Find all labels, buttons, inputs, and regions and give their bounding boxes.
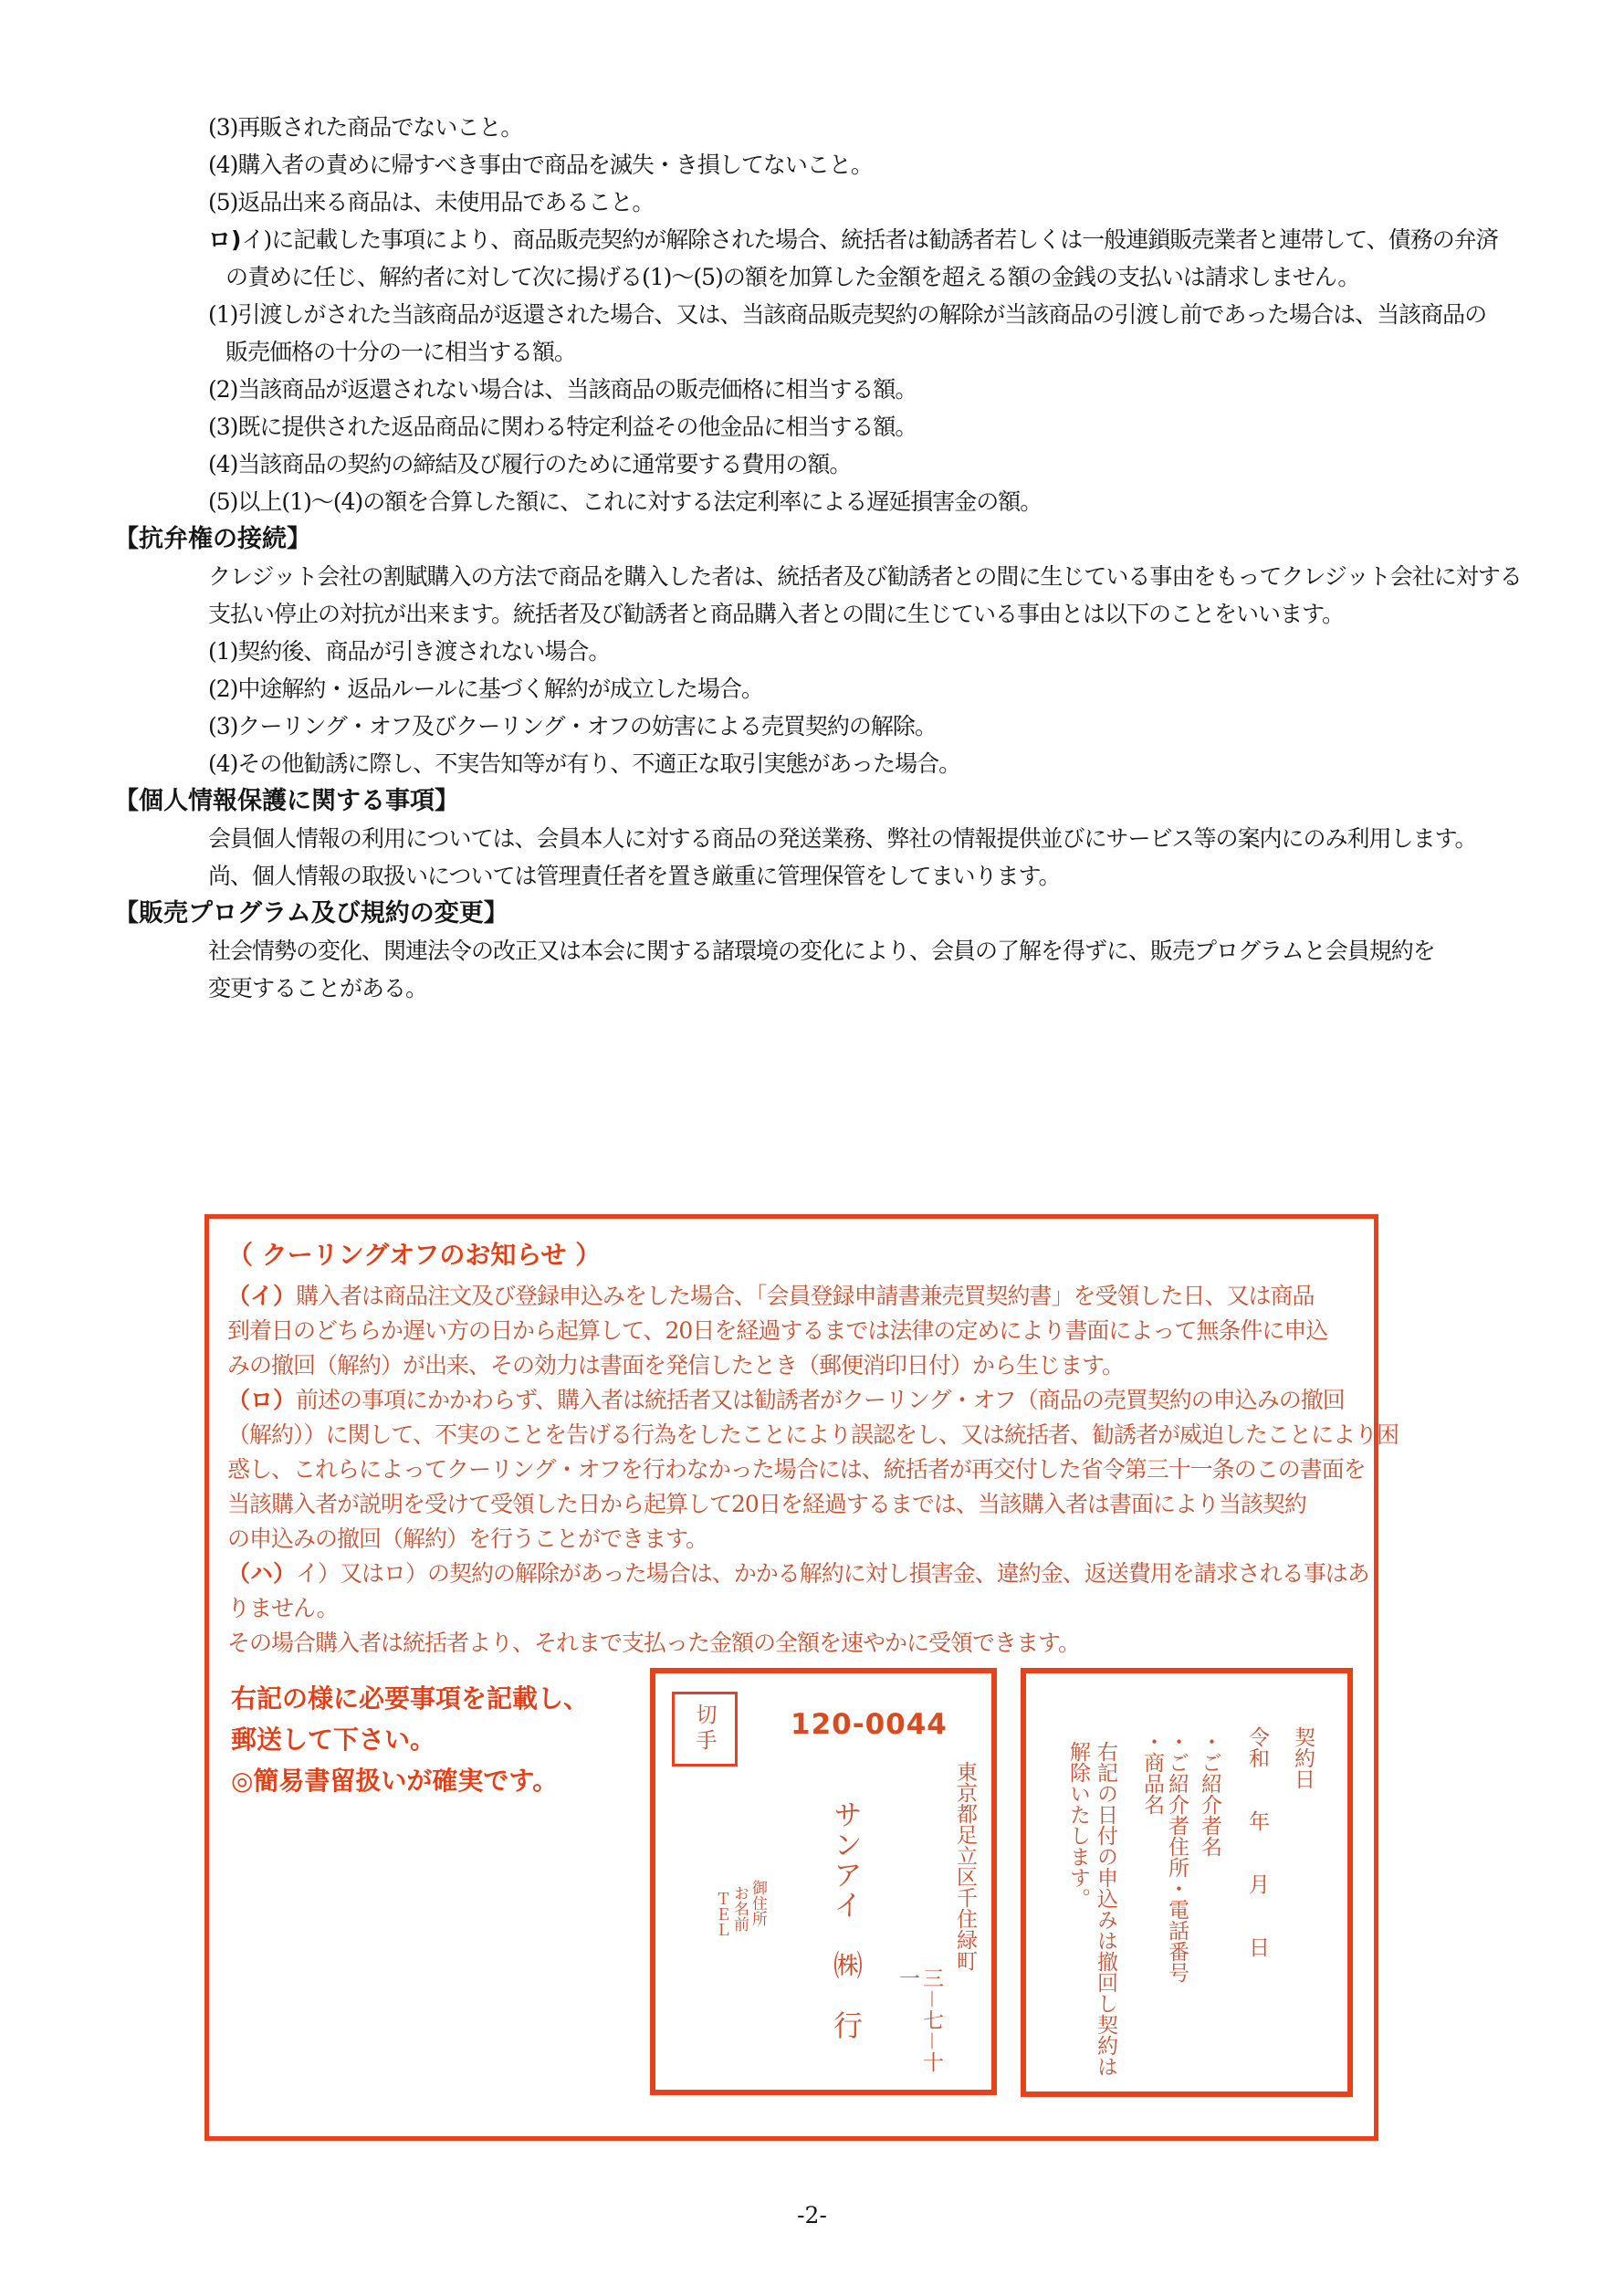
withdrawal-notice-panel: 契約日令和 年 月 日・ご紹介者名・ご紹介者住所・電話番号・商品名右記の日付の申… (1021, 1668, 1353, 2097)
terms-line-text: イ)に記載した事項により、商品販売契約が解除された場合、統括者は勧誘者若しくは一… (241, 226, 1497, 253)
terms-line-text: (3)再販された商品でないこと。 (208, 114, 522, 141)
terms-line: (3)既に提供された返品商品に関わる特定利益その他金品に相当する額。 (208, 408, 1624, 446)
cooling-off-line-text: 前述の事項にかかわらず、購入者は統括者又は勧誘者がクーリング・オフ（商品の売買契… (296, 1387, 1345, 1413)
cooling-off-line-text: 当該購入者が説明を受けて受領した日から起算して20日を経過するまでは、当該購入者… (227, 1491, 1306, 1517)
terms-line-text: (5)以上(1)～(4)の額を合算した額に、これに対する法定利率による遅延損害金… (208, 488, 1042, 515)
stamp-label: 切手 (690, 1704, 720, 1755)
withdrawal-notice-column: ・ご紹介者住所・電話番号 (1164, 1731, 1189, 2084)
cooling-off-line-text: イ）又はロ）の契約の解除があった場合は、かかる解約に対し損害金、違約金、返送費用… (296, 1560, 1369, 1587)
withdrawal-notice-column: 右記の日付の申込みは撤回し契約は (1093, 1741, 1117, 2084)
recipient-address-line2: 三－七－十一 (896, 1967, 943, 2090)
cooling-off-line-text: 惑し、これらによってクーリング・オフを行わなかった場合には、統括者が再交付した省… (227, 1456, 1366, 1483)
terms-line-text: 会員個人情報の利用については、会員本人に対する商品の発送業務、弊社の情報提供並び… (208, 825, 1477, 852)
cooling-off-line-text: その場合購入者は統括者より、それまで支払った金額の全額を速やかに受領できます。 (227, 1630, 1080, 1656)
cooling-off-line: その場合購入者は統括者より、それまで支払った金額の全額を速やかに受領できます。 (227, 1626, 1359, 1661)
terms-line: (3)クーリング・オフ及びクーリング・オフの妨害による売買契約の解除。 (208, 708, 1624, 745)
cooling-off-line-text: （解約））に関して、不実のことを告げる行為をしたことにより誤認をし、又は統括者、… (227, 1421, 1399, 1448)
sender-fields: 御住所お名前ＴＥＬ (712, 1880, 767, 1937)
terms-line: 支払い停止の対抗が出来ます。統括者及び勧誘者と商品購入者との間に生じている事由と… (208, 595, 1624, 633)
cooling-off-line: （ハ）イ）又はロ）の契約の解除があった場合は、かかる解約に対し損害金、違約金、返… (227, 1557, 1359, 1591)
terms-line-text: 【販売プログラム及び規約の変更】 (114, 899, 508, 928)
terms-line: (5)以上(1)～(4)の額を合算した額に、これに対する法定利率による遅延損害金… (208, 483, 1624, 520)
terms-line: (4)購入者の責めに帰すべき事由で商品を滅失・き損してないこと。 (208, 146, 1624, 183)
sender-field-label: 御住所 (749, 1880, 767, 1937)
terms-line: の責めに任じ、解約者に対して次に揚げる(1)～(5)の額を加算した金額を超える額… (225, 258, 1624, 296)
terms-line: (3)再販された商品でないこと。 (208, 109, 1624, 146)
cooling-off-line-text: りません。 (227, 1595, 339, 1621)
terms-line: (1)引渡しがされた当該商品が返還された場合、又は、当該商品販売契約の解除が当該… (208, 296, 1624, 333)
terms-line-text: 【個人情報保護に関する事項】 (114, 787, 459, 815)
terms-line: (5)返品出来る商品は、未使用品であること。 (208, 183, 1624, 221)
cooling-off-line: 惑し、これらによってクーリング・オフを行わなかった場合には、統括者が再交付した省… (227, 1452, 1359, 1487)
cooling-off-line-text: 購入者は商品注文及び登録申込みをした場合、「会員登録申請書兼売買契約書」を受領し… (296, 1283, 1315, 1309)
sender-field-label: ＴＥＬ (712, 1891, 730, 1937)
withdrawal-notice-column: ・ご紹介者名 (1197, 1731, 1221, 2084)
sender-field-label: お名前 (730, 1885, 749, 1937)
postcard-address-panel: 切手 120-0044 東京都足立区千住緑町 三－七－十一 サンアイ ㈱ 行 御… (650, 1668, 997, 2095)
cooling-off-line-text: みの撤回（解約）が出来、その効力は書面を発信したとき（郵便消印日付）から生じます… (227, 1352, 1124, 1379)
terms-line: (4)その他勧誘に際し、不実告知等が有り、不適正な取引実態があった場合。 (208, 745, 1624, 782)
cooling-off-text: （イ）購入者は商品注文及び登録申込みをした場合、「会員登録申請書兼売買契約書」を… (227, 1279, 1359, 1661)
terms-line-text: の責めに任じ、解約者に対して次に揚げる(1)～(5)の額を加算した金額を超える額… (225, 264, 1359, 290)
terms-line-text: 【抗弁権の接続】 (114, 525, 311, 553)
postal-code: 120-0044 (791, 1708, 948, 1741)
terms-line-text: 変更することがある。 (208, 975, 427, 1001)
terms-line-prefix: ロ) (208, 226, 241, 253)
cooling-off-box: （ クーリングオフのお知らせ ） （イ）購入者は商品注文及び登録申込みをした場合… (204, 1214, 1378, 2141)
document-page: (3)再販された商品でないこと。(4)購入者の責めに帰すべき事由で商品を滅失・き… (0, 0, 1624, 2275)
cooling-off-line: の申込みの撤回（解約）を行うことができます。 (227, 1522, 1359, 1557)
withdrawal-notice-column: 契約日 (1290, 1726, 1315, 2084)
terms-line: (4)当該商品の契約の締結及び履行のために通常要する費用の額。 (208, 446, 1624, 483)
terms-line-text: クレジット会社の割賦購入の方法で商品を購入した者は、統括者及び勧誘者との間に生じ… (208, 563, 1522, 590)
terms-line-text: (1)契約後、商品が引き渡されない場合。 (208, 638, 610, 665)
cooling-off-line-prefix: （ロ） (227, 1387, 296, 1413)
withdrawal-notice-column: 令和 年 月 日 (1244, 1726, 1269, 2084)
terms-line-text: 支払い停止の対抗が出来ます。統括者及び勧誘者と商品購入者との間に生じている事由と… (208, 601, 1344, 627)
terms-line-text: 尚、個人情報の取扱いについては管理責任者を置き厳重に管理保管をしてまいります。 (208, 863, 1061, 889)
terms-line: 販売価格の十分の一に相当する額。 (225, 333, 1624, 371)
terms-line-text: (4)その他勧誘に際し、不実告知等が有り、不適正な取引実態があった場合。 (208, 750, 960, 777)
terms-line: 社会情勢の変化、関連法令の改正又は本会に関する諸環境の変化により、会員の了解を得… (208, 932, 1624, 970)
recipient-name: サンアイ ㈱ 行 (825, 1799, 867, 2040)
terms-line: 会員個人情報の利用については、会員本人に対する商品の発送業務、弊社の情報提供並び… (208, 820, 1624, 857)
page-number: -2- (0, 2202, 1624, 2228)
withdrawal-notice-column: ・商品名 (1139, 1731, 1164, 2084)
recipient-address: 東京都足立区千住緑町 三－七－十一 (896, 1761, 977, 2090)
cooling-off-line: 当該購入者が説明を受けて受領した日から起算して20日を経過するまでは、当該購入者… (227, 1487, 1359, 1522)
mailing-instruction-line: ◎簡易書留扱いが確実です。 (231, 1760, 589, 1801)
terms-line-text: (4)当該商品の契約の締結及び履行のために通常要する費用の額。 (208, 451, 851, 477)
terms-line: 尚、個人情報の取扱いについては管理責任者を置き厳重に管理保管をしてまいります。 (208, 857, 1624, 895)
mailing-instruction-line: 右記の様に必要事項を記載し、 (231, 1678, 589, 1719)
terms-line: 変更することがある。 (208, 970, 1624, 1007)
recipient-address-line1: 東京都足立区千住緑町 (953, 1761, 977, 2090)
cooling-off-line: （解約））に関して、不実のことを告げる行為をしたことにより誤認をし、又は統括者、… (227, 1418, 1359, 1452)
stamp-box: 切手 (672, 1692, 738, 1767)
terms-line-text: (4)購入者の責めに帰すべき事由で商品を滅失・き損してないこと。 (208, 152, 873, 178)
terms-line-text: (3)クーリング・オフ及びクーリング・オフの妨害による売買契約の解除。 (208, 713, 937, 739)
cooling-off-title: （ クーリングオフのお知らせ ） (227, 1235, 601, 1272)
cooling-off-line: （イ）購入者は商品注文及び登録申込みをした場合、「会員登録申請書兼売買契約書」を… (227, 1279, 1359, 1314)
cooling-off-line: （ロ）前述の事項にかかわらず、購入者は統括者又は勧誘者がクーリング・オフ（商品の… (227, 1383, 1359, 1418)
terms-line: 【抗弁権の接続】 (114, 520, 1624, 558)
terms-line-text: (1)引渡しがされた当該商品が返還された場合、又は、当該商品販売契約の解除が当該… (208, 301, 1486, 328)
terms-line-text: (2)中途解約・返品ルールに基づく解約が成立した場合。 (208, 676, 763, 702)
mailing-instruction-line: 郵送して下さい。 (231, 1719, 589, 1760)
cooling-off-line: みの撤回（解約）が出来、その効力は書面を発信したとき（郵便消印日付）から生じます… (227, 1348, 1359, 1383)
terms-line: (1)契約後、商品が引き渡されない場合。 (208, 633, 1624, 670)
mailing-instructions: 右記の様に必要事項を記載し、 郵送して下さい。 ◎簡易書留扱いが確実です。 (231, 1678, 589, 1801)
cooling-off-line-prefix: （ハ） (227, 1560, 296, 1587)
terms-line-text: 販売価格の十分の一に相当する額。 (225, 339, 576, 365)
terms-line-text: (3)既に提供された返品商品に関わる特定利益その他金品に相当する額。 (208, 414, 917, 440)
terms-line: クレジット会社の割賦購入の方法で商品を購入した者は、統括者及び勧誘者との間に生じ… (208, 558, 1624, 595)
terms-line-text: 社会情勢の変化、関連法令の改正又は本会に関する諸環境の変化により、会員の了解を得… (208, 938, 1435, 964)
terms-line-text: (5)返品出来る商品は、未使用品であること。 (208, 189, 654, 215)
withdrawal-notice-columns: 契約日令和 年 月 日・ご紹介者名・ご紹介者住所・電話番号・商品名右記の日付の申… (1026, 1673, 1347, 2092)
cooling-off-line-prefix: （イ） (227, 1283, 296, 1309)
cooling-off-line-text: の申込みの撤回（解約）を行うことができます。 (227, 1525, 707, 1552)
terms-line-text: (2)当該商品が返還されない場合は、当該商品の販売価格に相当する額。 (208, 376, 917, 403)
terms-line: ロ)イ)に記載した事項により、商品販売契約が解除された場合、統括者は勧誘者若しく… (208, 221, 1624, 258)
terms-line: (2)中途解約・返品ルールに基づく解約が成立した場合。 (208, 670, 1624, 708)
cooling-off-line-text: 到着日のどちらか遅い方の日から起算して、20日を経過するまでは法律の定めにより書… (227, 1317, 1327, 1344)
terms-text-block: (3)再販された商品でないこと。(4)購入者の責めに帰すべき事由で商品を滅失・き… (0, 109, 1624, 1007)
cooling-off-line: 到着日のどちらか遅い方の日から起算して、20日を経過するまでは法律の定めにより書… (227, 1314, 1359, 1348)
cooling-off-line: りません。 (227, 1591, 1359, 1626)
terms-line: (2)当該商品が返還されない場合は、当該商品の販売価格に相当する額。 (208, 371, 1624, 408)
withdrawal-notice-column: 解除いたします。 (1065, 1741, 1090, 2084)
terms-line: 【販売プログラム及び規約の変更】 (114, 895, 1624, 932)
terms-line: 【個人情報保護に関する事項】 (114, 782, 1624, 820)
